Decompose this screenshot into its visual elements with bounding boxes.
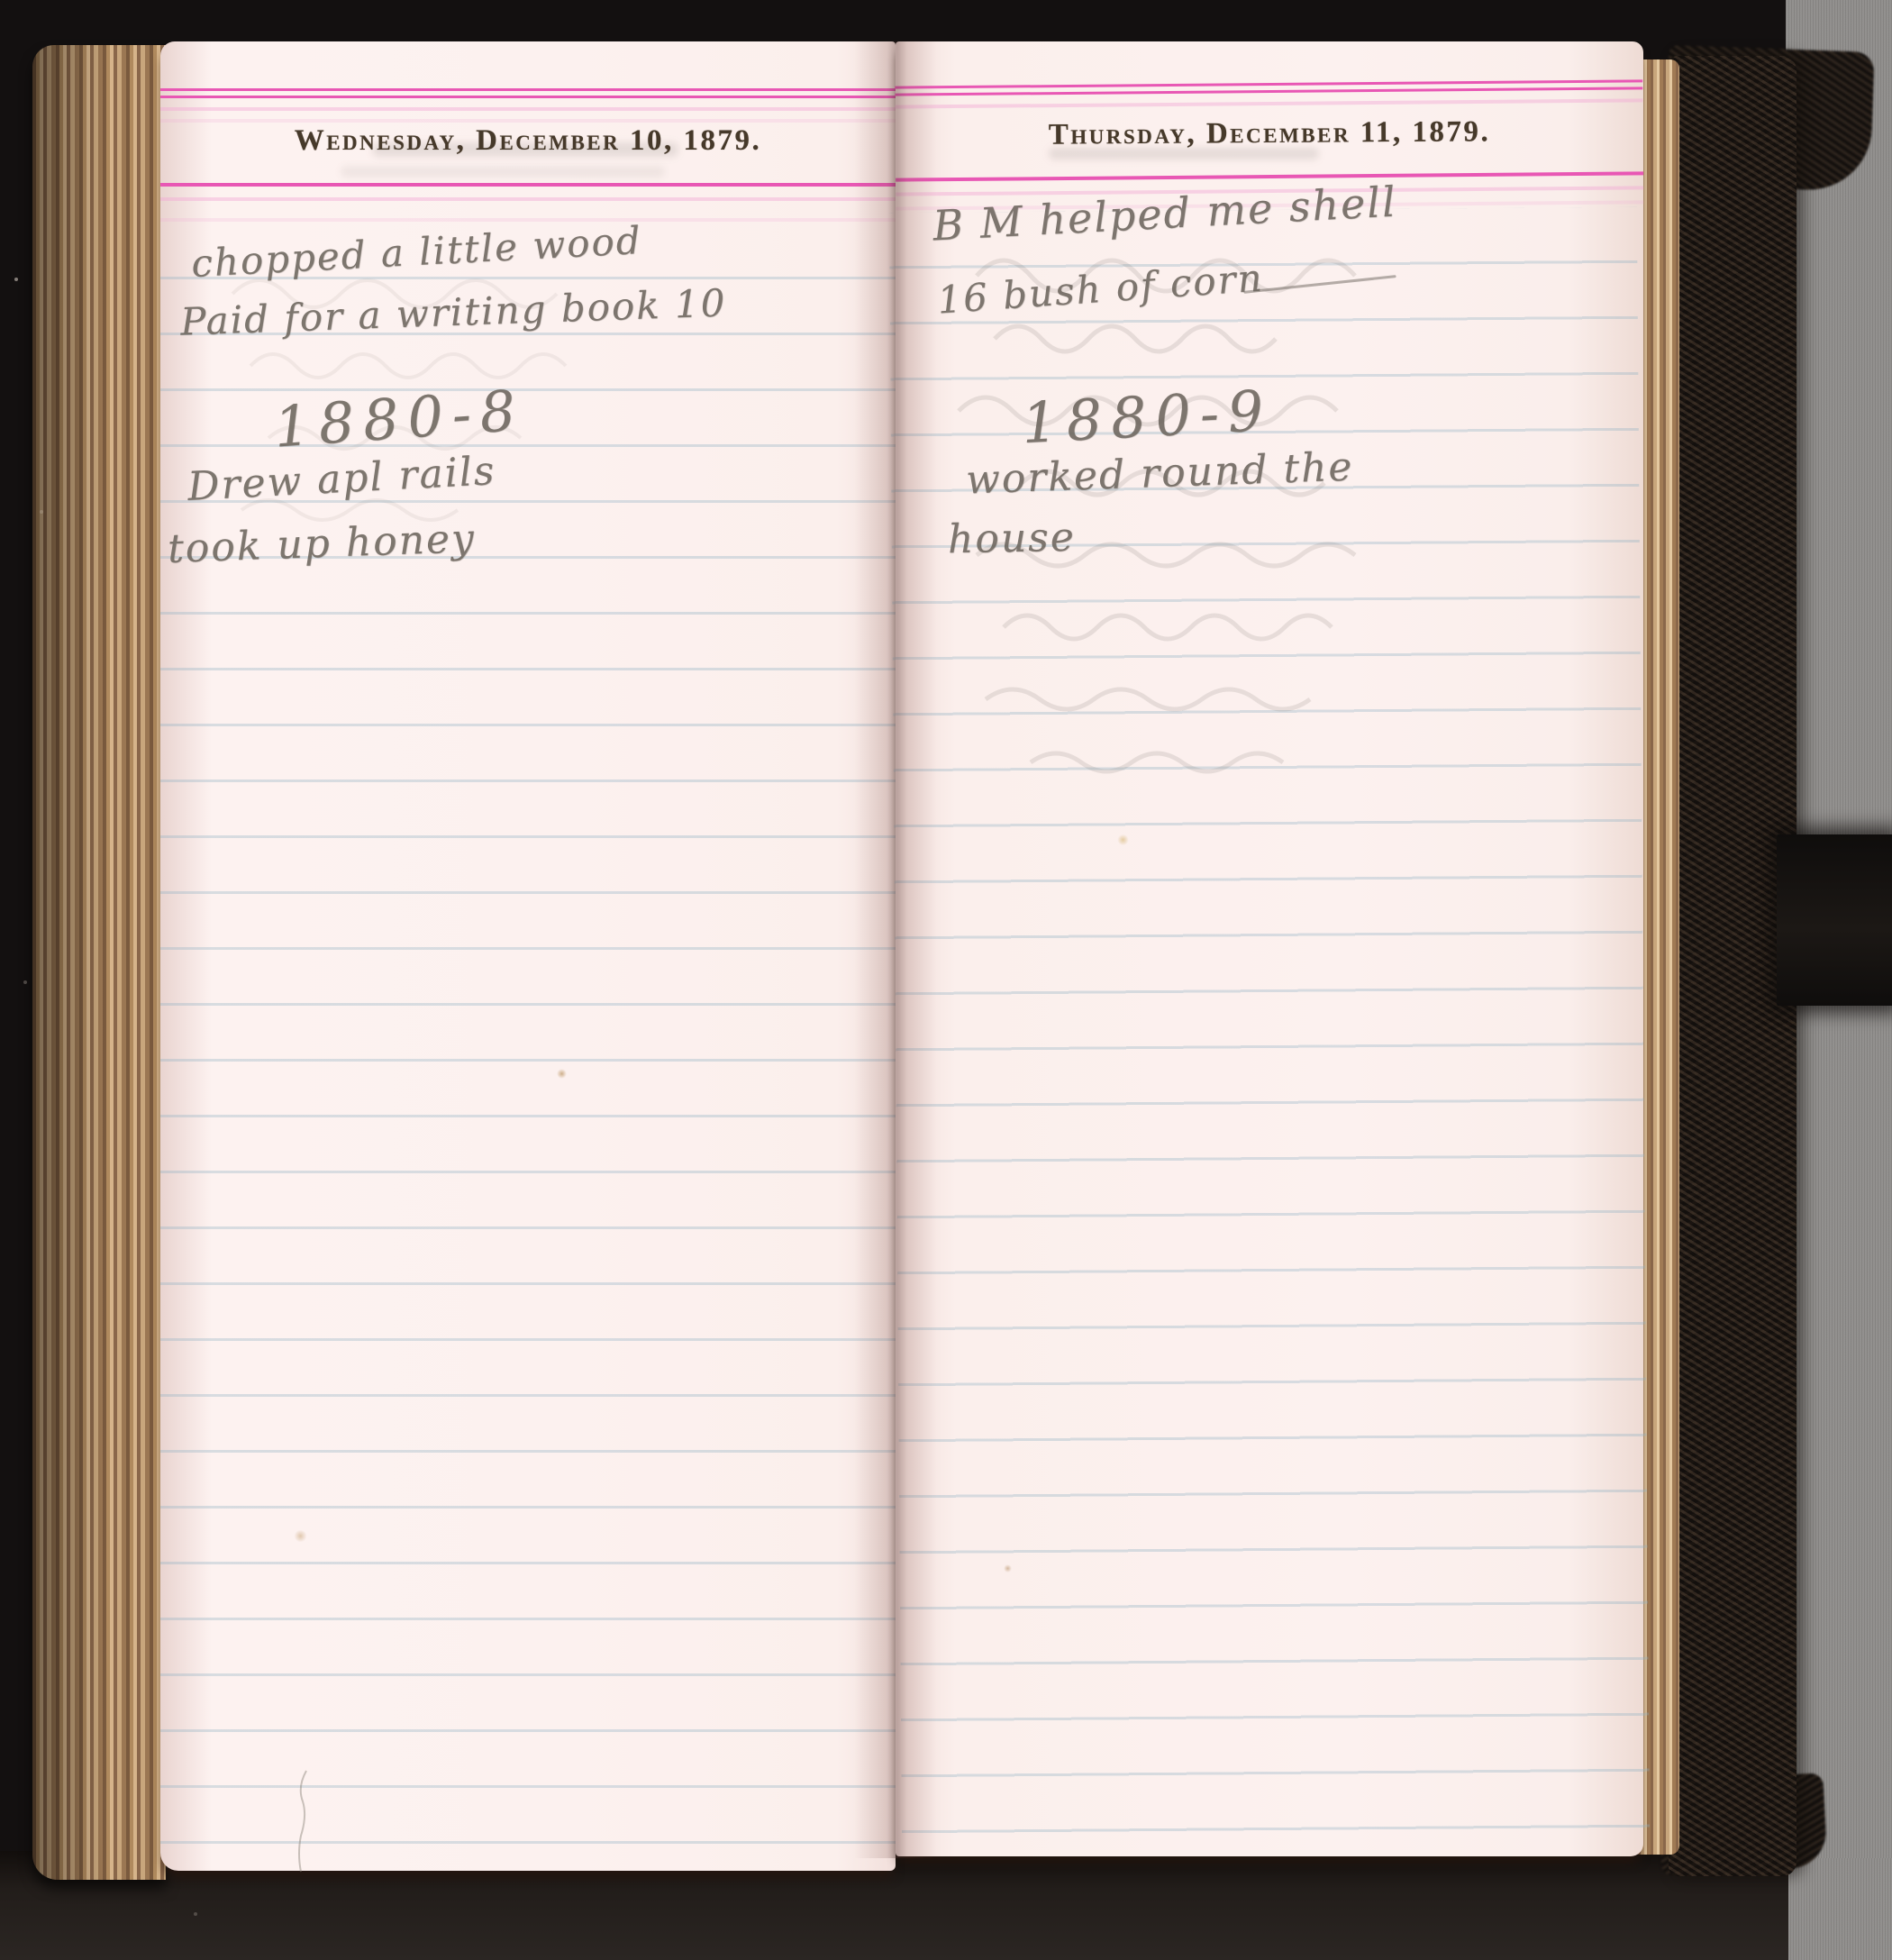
handwritten-entry: Drew apl rails — [186, 448, 497, 510]
bleed-through-print — [341, 166, 665, 178]
handwritten-entry: Paid for a writing book 10 — [179, 280, 727, 343]
dust-speck — [194, 1912, 197, 1916]
dust-speck — [40, 510, 43, 514]
scanned-diary-photo: { "colors": { "background": "#131010", "… — [0, 0, 1892, 1960]
page-stain — [1004, 1564, 1012, 1573]
pen-stroke-tail — [1243, 275, 1396, 294]
handwritten-entry: chopped a little wood — [190, 218, 643, 286]
pink-rule — [160, 96, 896, 98]
page-stain — [557, 1069, 567, 1079]
pink-rule-faint — [160, 197, 896, 201]
page-stain — [1117, 834, 1129, 845]
left-page-date-header: Wednesday, December 10, 1879. — [160, 124, 896, 158]
handwritten-entry: B M helped me shell — [932, 178, 1398, 251]
pink-rule-faint — [160, 218, 896, 222]
stray-pencil-mark — [287, 1767, 323, 1875]
dust-speck — [14, 278, 18, 281]
clasp-strap — [1777, 834, 1892, 1006]
right-page-date-header: Thursday, December 11, 1879. — [896, 114, 1643, 153]
page-fore-edge — [1638, 59, 1679, 1855]
pink-rule-faint — [895, 98, 1642, 108]
pink-rule — [895, 87, 1642, 96]
right-page: Thursday, December 11, 1879. B M helped … — [896, 41, 1643, 1856]
pink-rule — [896, 171, 1643, 181]
pink-rule — [160, 88, 896, 91]
handwritten-entry: took up honey — [167, 515, 476, 572]
dust-speck — [23, 980, 27, 984]
handwritten-entry: house — [948, 515, 1077, 562]
pink-rule-faint — [160, 107, 896, 111]
page-stack-edges — [32, 45, 166, 1880]
handwritten-entry: 16 bush of corn — [936, 255, 1265, 322]
pink-rule-faint — [160, 119, 896, 123]
handwritten-year-figure: 1880-9 — [1020, 378, 1274, 456]
pink-rule — [160, 183, 896, 187]
pink-rule — [895, 79, 1642, 88]
page-stain — [294, 1530, 307, 1542]
pink-header-rules-right — [895, 38, 1644, 296]
left-page: Wednesday, December 10, 1879. chopped a … — [160, 41, 896, 1871]
